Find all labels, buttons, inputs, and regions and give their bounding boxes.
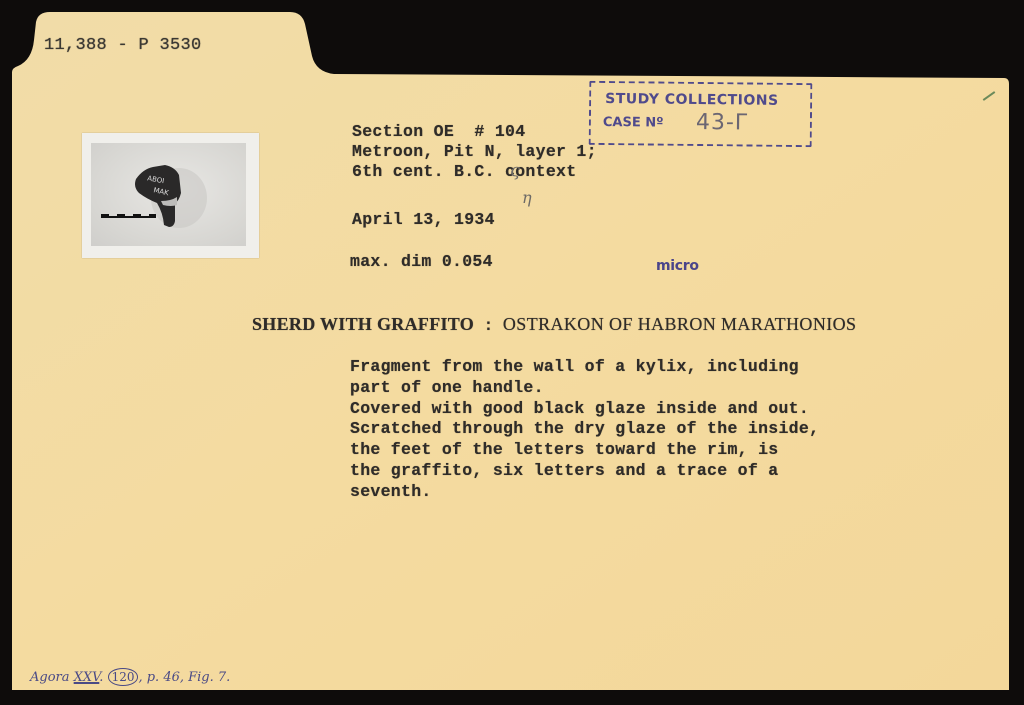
ref-volume: XXV xyxy=(74,670,100,685)
archive-card-scan: 11,388 - P 3530 STUDY COLLECTIONS CASE N… xyxy=(0,0,1024,705)
title-subtitle: OSTRAKON OF HABRON MARATHONIOS xyxy=(503,314,857,334)
photo-print: ABOI MAK xyxy=(91,143,246,246)
description-line: the feet of the letters toward the rim, … xyxy=(350,440,819,461)
stamp-case-number: 43-Г xyxy=(696,110,750,136)
excavation-date: April 13, 1934 xyxy=(352,210,495,230)
description-line: Fragment from the wall of a kylix, inclu… xyxy=(350,357,819,378)
ref-prefix: Agora xyxy=(30,670,70,685)
description-line: Scratched through the dry glaze of the i… xyxy=(350,419,819,440)
stamp-case-label: CASE Nº xyxy=(603,115,664,131)
section-block: Section OE # 104Metroon, Pit N, layer 1;… xyxy=(352,122,597,182)
object-title: SHERD WITH GRAFFITO : OSTRAKON OF HABRON… xyxy=(252,314,856,336)
ref-suffix: , p. 46, Fig. 7. xyxy=(138,670,230,685)
object-photo: ABOI MAK xyxy=(82,133,259,258)
section-line: Section OE # 104 xyxy=(352,122,597,142)
location-line: Metroon, Pit N, layer 1; xyxy=(352,142,597,162)
microfilm-stamp: micro xyxy=(656,258,699,274)
sherd-image: ABOI MAK xyxy=(91,143,246,246)
stamp-title: STUDY COLLECTIONS xyxy=(605,91,779,109)
pencil-mark-eta: η xyxy=(522,188,532,207)
title-main: SHERD WITH GRAFFITO xyxy=(252,314,474,334)
description: Fragment from the wall of a kylix, inclu… xyxy=(350,357,819,503)
publication-reference: Agora XXV. 120, p. 46, Fig. 7. xyxy=(30,668,230,686)
description-line: seventh. xyxy=(350,482,819,503)
pencil-mark-stigma: ς xyxy=(510,160,520,181)
description-line: Covered with good black glaze inside and… xyxy=(350,399,819,420)
description-line: part of one handle. xyxy=(350,378,819,399)
scale-bar xyxy=(101,214,156,218)
index-card xyxy=(0,0,1024,705)
accession-number: 11,388 - P 3530 xyxy=(44,36,202,56)
description-line: the graffito, six letters and a trace of… xyxy=(350,461,819,482)
max-dimension: max. dim 0.054 xyxy=(350,252,493,272)
title-separator: : xyxy=(474,317,503,335)
ref-catalog-number: 120 xyxy=(108,668,139,686)
context-line: 6th cent. B.C. context xyxy=(352,162,597,182)
study-collections-stamp: STUDY COLLECTIONS CASE Nº 43-Г xyxy=(589,81,813,147)
